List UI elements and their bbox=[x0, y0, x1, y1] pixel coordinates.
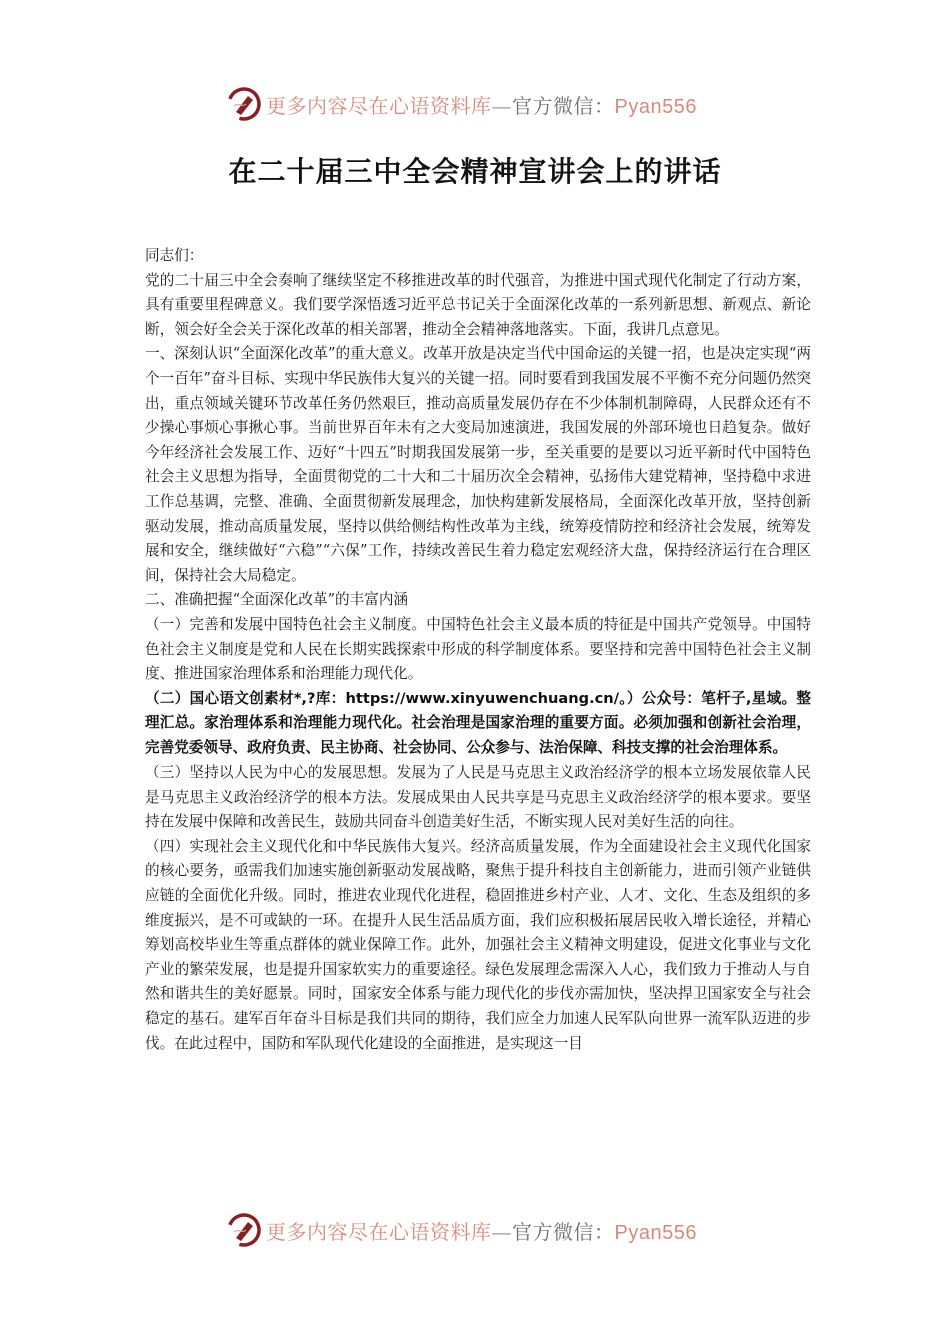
quill-pen-logo-icon bbox=[226, 1212, 262, 1248]
document-title: 在二十届三中全会精神宣讲会上的讲话 bbox=[0, 150, 950, 190]
separator-dash: — bbox=[492, 94, 513, 118]
wechat-label: 官方微信： bbox=[512, 94, 615, 118]
watermark-text: 更多内容尽在心语资料库—官方微信：Pyan556 bbox=[266, 90, 697, 119]
section-2-heading: 二、准确把握“全面深化改革”的丰富内涵 bbox=[145, 588, 811, 613]
document-body: 同志们： 党的二十届三中全会奏响了继续坚定不移推进改革的时代强音，为推进中国式现… bbox=[145, 244, 811, 1056]
subsection-3-paragraph: （三）坚持以人民为中心的发展思想。发展为了人民是马克思主义政治经济学的根本立场发… bbox=[145, 761, 811, 835]
watermark-text: 更多内容尽在心语资料库—官方微信：Pyan556 bbox=[266, 1216, 697, 1245]
subsection-1-paragraph: （一）完善和发展中国特色社会主义制度。中国特色社会主义最本质的特征是中国共产党领… bbox=[145, 613, 811, 687]
subsection-2-paragraph: （二）国心语文创素材*,?库：https://www.xinyuwenchuan… bbox=[145, 687, 811, 761]
section-1-paragraph: 一、深刻认识“全面深化改革”的重大意义。改革开放是决定当代中国命运的关键一招，也… bbox=[145, 342, 811, 588]
subsection-4-paragraph: （四）实现社会主义现代化和中华民族伟大复兴。经济高质量发展，作为全面建设社会主义… bbox=[145, 835, 811, 1056]
library-name: 更多内容尽在心语资料库 bbox=[266, 94, 492, 118]
intro-paragraph: 党的二十届三中全会奏响了继续坚定不移推进改革的时代强音，为推进中国式现代化制定了… bbox=[145, 269, 811, 343]
wechat-id: Pyan556 bbox=[615, 1222, 697, 1244]
wechat-id: Pyan556 bbox=[615, 96, 697, 118]
wechat-label: 官方微信： bbox=[512, 1220, 615, 1244]
footer-watermark-banner: 更多内容尽在心语资料库—官方微信：Pyan556 bbox=[226, 1210, 726, 1250]
header-watermark-banner: 更多内容尽在心语资料库—官方微信：Pyan556 bbox=[226, 84, 726, 124]
separator-dash: — bbox=[492, 1220, 513, 1244]
salutation: 同志们： bbox=[145, 244, 811, 269]
library-name: 更多内容尽在心语资料库 bbox=[266, 1220, 492, 1244]
quill-pen-logo-icon bbox=[226, 86, 262, 122]
